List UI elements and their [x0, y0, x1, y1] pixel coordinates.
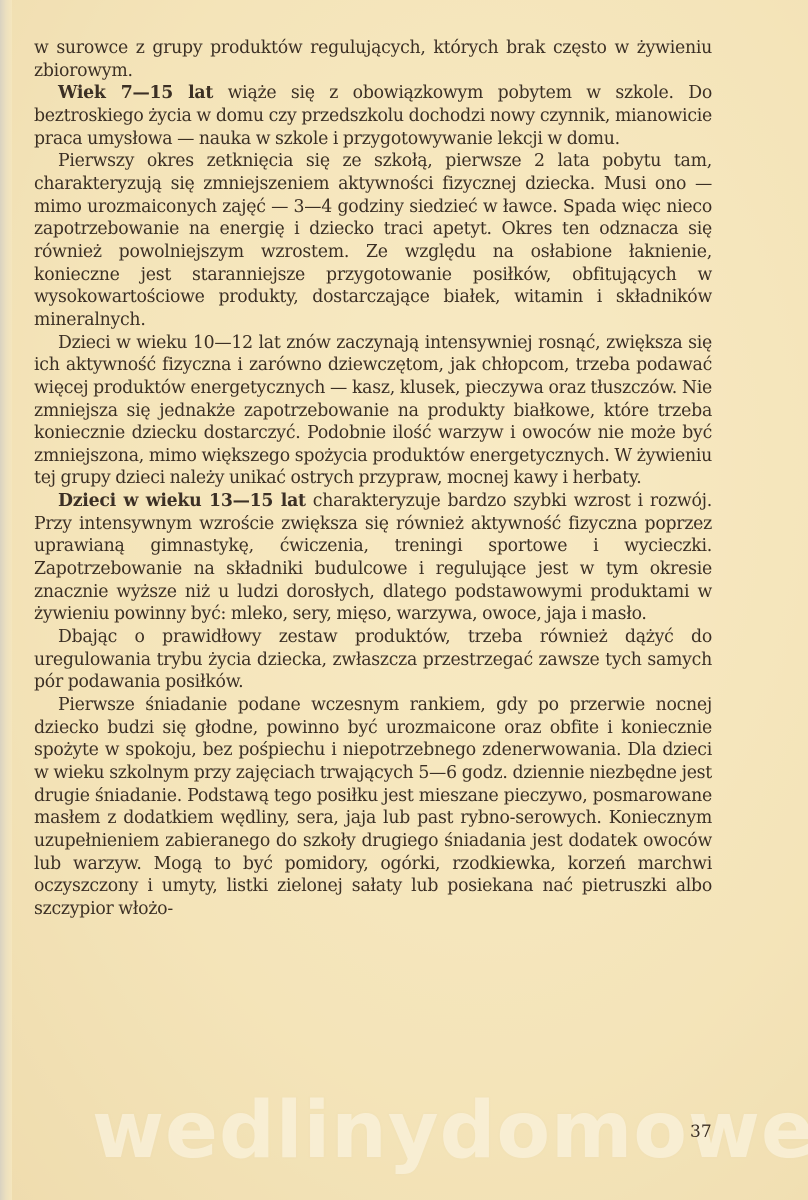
paragraph-age-7-15: Wiek 7—15 lat wiąże się z obowiązkowym p… — [34, 82, 712, 150]
paragraph-meal-schedule: Dbając o prawidłowy zestaw produktów, tr… — [34, 626, 712, 694]
paragraph-text: w surowce z grupy produktów regulujących… — [34, 38, 712, 81]
paragraph-lead-heading: Dzieci w wieku 13—15 lat — [58, 491, 306, 511]
page-number: 37 — [690, 1122, 712, 1142]
paragraph-text: Dbając o prawidłowy zestaw produktów, tr… — [34, 627, 712, 692]
paragraph-lead-heading: Wiek 7—15 lat — [58, 83, 213, 103]
paragraph-text: Dzieci w wieku 10—12 lat znów zaczynają … — [34, 333, 712, 489]
body-text: w surowce z grupy produktów regulujących… — [34, 37, 712, 921]
paragraph-text: Pierwsze śniadanie podane wczesnym ranki… — [34, 695, 712, 919]
paragraph-first-school-years: Pierwszy okres zetknięcia się ze szkołą,… — [34, 150, 712, 331]
paragraph-continuation: w surowce z grupy produktów regulujących… — [34, 37, 712, 82]
paragraph-age-10-12: Dzieci w wieku 10—12 lat znów zaczynają … — [34, 332, 712, 491]
page-edge-shadow — [0, 0, 12, 1200]
paragraph-text: Pierwszy okres zetknięcia się ze szkołą,… — [34, 151, 712, 330]
paragraph-age-13-15: Dzieci w wieku 13—15 lat charakteryzuje … — [34, 490, 712, 626]
paragraph-breakfast: Pierwsze śniadanie podane wczesnym ranki… — [34, 694, 712, 921]
